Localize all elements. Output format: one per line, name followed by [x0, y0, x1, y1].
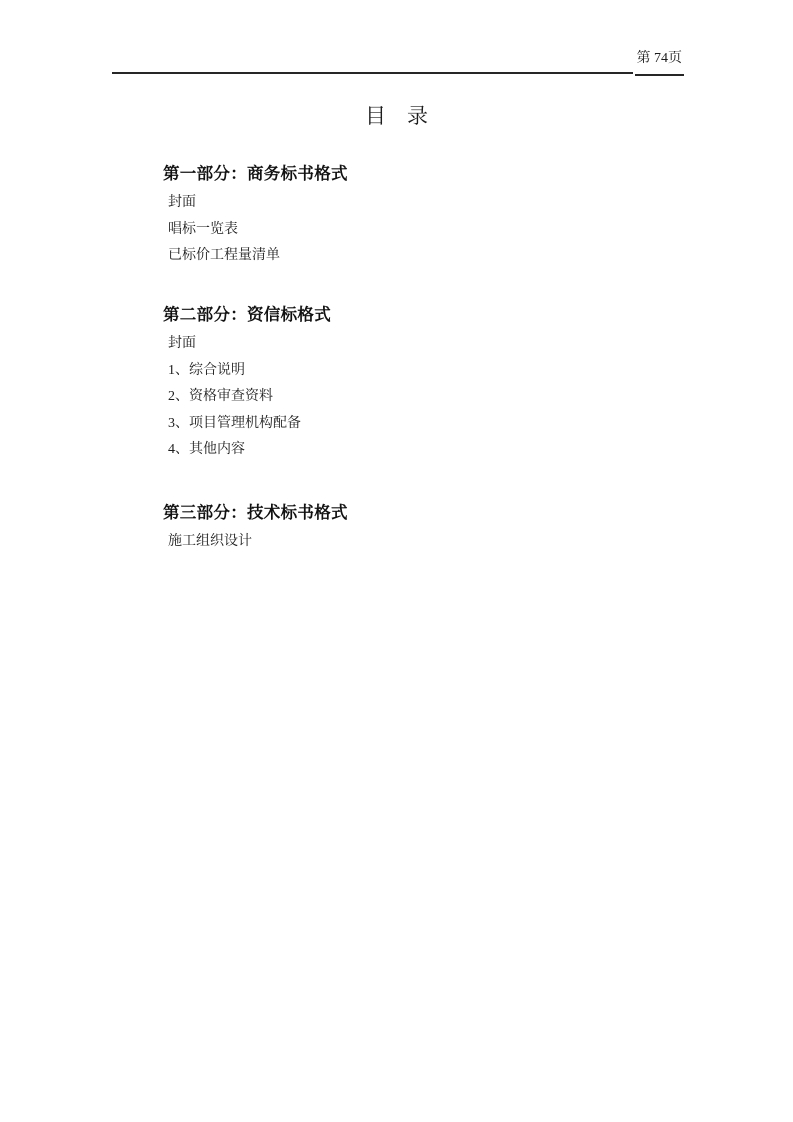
toc-item: 3、项目管理机构配备 [163, 411, 331, 438]
toc-section-commercial-bid: 第一部分：商务标书格式 封面 唱标一览表 已标价工程量清单 [163, 163, 348, 270]
toc-item: 1、综合说明 [163, 358, 331, 385]
document-page: 第 74页 目 录 第一部分：商务标书格式 封面 唱标一览表 已标价工程量清单 … [0, 0, 793, 1122]
toc-section-heading: 第二部分：资信标格式 [163, 304, 331, 325]
toc-item: 已标价工程量清单 [163, 243, 348, 270]
toc-item: 施工组织设计 [163, 529, 348, 556]
toc-item: 唱标一览表 [163, 217, 348, 244]
toc-title: 目 录 [0, 100, 793, 130]
page-number: 第 74页 [635, 51, 685, 76]
toc-item: 封面 [163, 331, 331, 358]
toc-section-credit-bid: 第二部分：资信标格式 封面 1、综合说明 2、资格审查资料 3、项目管理机构配备… [163, 304, 331, 464]
toc-section-heading: 第一部分：商务标书格式 [163, 163, 348, 184]
toc-section-technical-bid: 第三部分：技术标书格式 施工组织设计 [163, 502, 348, 556]
header-rule [112, 72, 633, 74]
toc-item: 封面 [163, 190, 348, 217]
toc-item: 2、资格审查资料 [163, 384, 331, 411]
toc-item: 4、其他内容 [163, 437, 331, 464]
toc-section-heading: 第三部分：技术标书格式 [163, 502, 348, 523]
